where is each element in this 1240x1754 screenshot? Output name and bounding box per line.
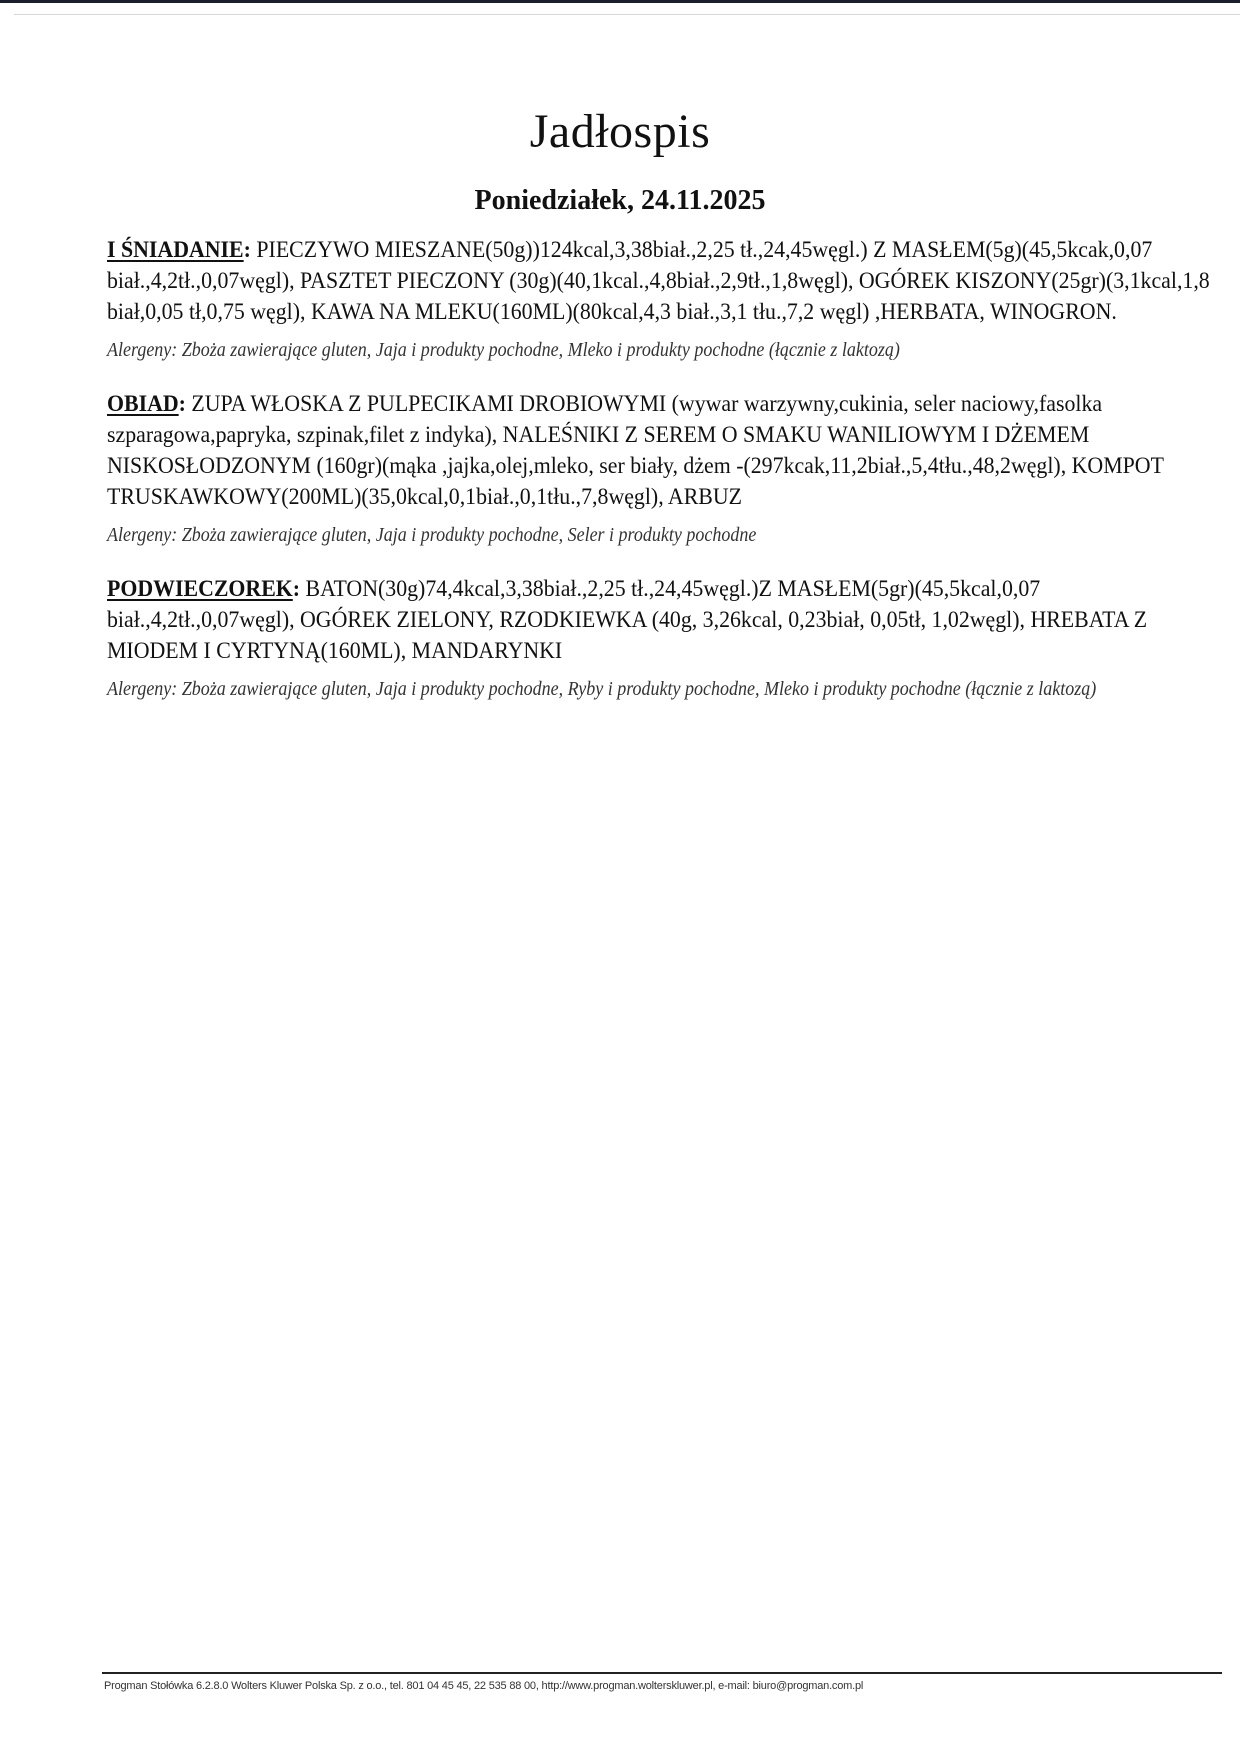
allergens-note: Alergeny: Zboża zawierające gluten, Jaja… [107,676,1214,702]
menu-content: I ŚNIADANIE: PIECZYWO MIESZANE(50g))124k… [107,235,1217,728]
meal-description: OBIAD: ZUPA WŁOSKA Z PULPECIKAMI DROBIOW… [107,389,1214,513]
footer-divider [102,1672,1222,1674]
meal-afternoon-snack: PODWIECZOREK: BATON(30g)74,4kcal,3,38bia… [107,574,1217,702]
meal-description: I ŚNIADANIE: PIECZYWO MIESZANE(50g))124k… [107,235,1214,328]
meal-label: OBIAD [107,391,179,417]
menu-date: Poniedziałek, 24.11.2025 [0,185,1240,217]
meal-label: PODWIECZOREK [107,576,293,602]
allergens-note: Alergeny: Zboża zawierające gluten, Jaja… [107,337,1214,363]
meal-items: PIECZYWO MIESZANE(50g))124kcal,3,38biał.… [107,237,1210,325]
footer-text: Progman Stołówka 6.2.8.0 Wolters Kluwer … [104,1680,863,1692]
meal-description: PODWIECZOREK: BATON(30g)74,4kcal,3,38bia… [107,574,1214,667]
page-title: Jadłospis [0,104,1240,159]
scan-edge-line [14,14,1240,15]
allergens-note: Alergeny: Zboża zawierające gluten, Jaja… [107,522,1214,548]
meal-breakfast: I ŚNIADANIE: PIECZYWO MIESZANE(50g))124k… [107,235,1217,363]
meal-lunch: OBIAD: ZUPA WŁOSKA Z PULPECIKAMI DROBIOW… [107,389,1217,548]
scan-top-edge [0,0,1240,3]
meal-items: ZUPA WŁOSKA Z PULPECIKAMI DROBIOWYMI (wy… [107,391,1164,510]
meal-label: I ŚNIADANIE [107,237,244,263]
